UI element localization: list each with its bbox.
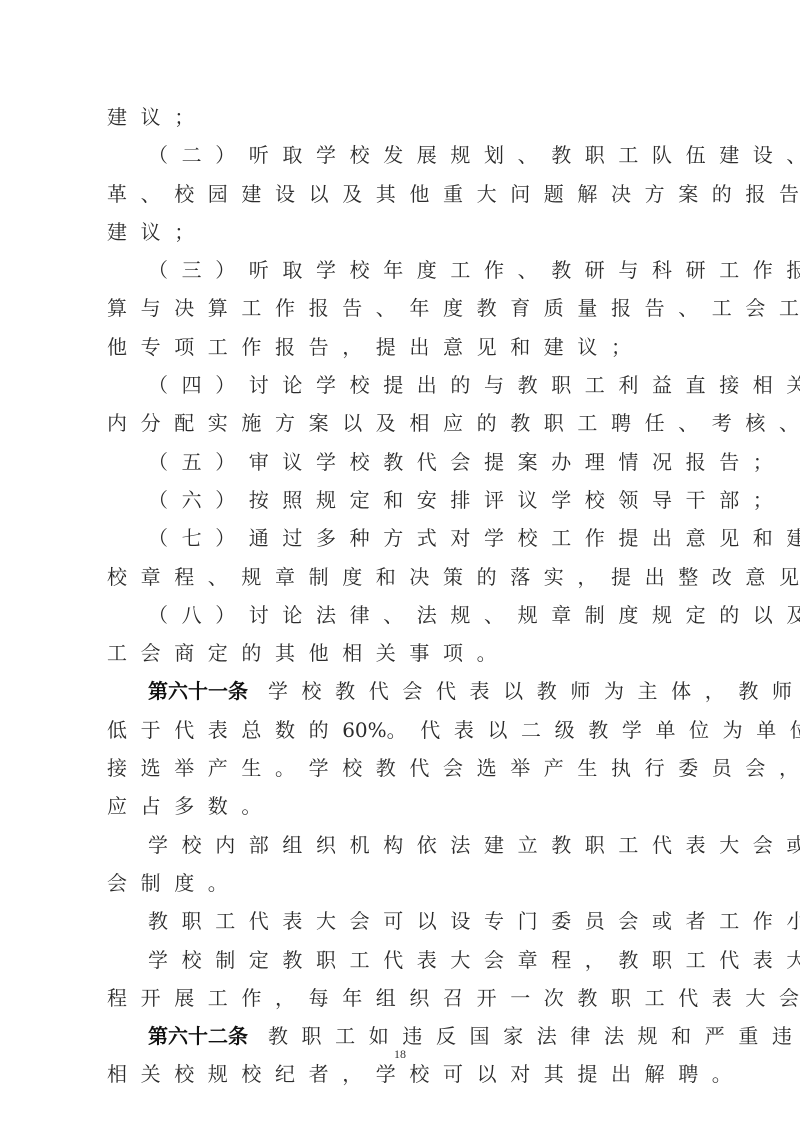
text-line: （二）听取学校发展规划、教职工队伍建设、教育教学改: [107, 136, 697, 174]
article-61-line: 应占多数。: [107, 787, 697, 825]
text-line: 建议；: [107, 213, 697, 251]
text-line: （四）讨论学校提出的与教职工利益直接相关的福利、校: [107, 366, 697, 404]
text-line: 学校内部组织机构依法建立教职工代表大会或者教职工大: [107, 826, 697, 864]
text-line: 工会商定的其他相关事项。: [107, 634, 697, 672]
text-line: （三）听取学校年度工作、教研与科研工作报告、财务预: [107, 251, 697, 289]
document-page: 建议； （二）听取学校发展规划、教职工队伍建设、教育教学改 革、校园建设以及其他…: [107, 98, 697, 1094]
text-line: （七）通过多种方式对学校工作提出意见和建议，监督学: [107, 519, 697, 557]
text-line: 学校制定教职工代表大会章程，教职工代表大会按照其章: [107, 941, 697, 979]
article-text: 。代表以二级教学单位为单位，由教职工直: [387, 718, 800, 742]
text-line: （六）按照规定和安排评议学校领导干部；: [107, 481, 697, 519]
text-line: （八）讨论法律、法规、规章制度规定的以及学校与学校: [107, 596, 697, 634]
text-line: 建议；: [107, 98, 697, 136]
text-line: 革、校园建设以及其他重大问题解决方案的报告，提出意见和: [107, 175, 697, 213]
article-61-line: 第六十一条 学校教代会代表以教师为主体，教师代表不得: [107, 672, 697, 710]
article-text: 学校教代会代表以教师为主体，教师代表不得: [248, 679, 800, 703]
text-line: 校章程、规章制度和决策的落实，提出整改意见和建议；: [107, 558, 697, 596]
text-line: 内分配实施方案以及相应的教职工聘任、考核、奖惩办法；: [107, 404, 697, 442]
text-line: 会制度。: [107, 864, 697, 902]
text-line: （五）审议学校教代会提案办理情况报告；: [107, 443, 697, 481]
article-heading: 第六十一条: [148, 679, 248, 703]
text-line: 教职工代表大会可以设专门委员会或者工作小组。: [107, 902, 697, 940]
text-line: 算与决算工作报告、年度教育质量报告、工会工作报告以及其: [107, 289, 697, 327]
text-line: 他专项工作报告，提出意见和建议；: [107, 328, 697, 366]
article-61-line: 低于代表总数的60%。代表以二级教学单位为单位，由教职工直: [107, 711, 697, 749]
page-number: 18: [0, 1047, 800, 1062]
article-61-line: 接选举产生。学校教代会选举产生执行委员会，其中教师代表: [107, 749, 697, 787]
percentage-value: 60%: [342, 718, 386, 742]
text-line: 程开展工作，每年组织召开一次教职工代表大会。: [107, 979, 697, 1017]
article-text: 教职工如违反国家法律法规和严重违反学校: [248, 1024, 800, 1048]
article-heading: 第六十二条: [148, 1024, 248, 1048]
article-text: 低于代表总数的: [107, 718, 342, 742]
